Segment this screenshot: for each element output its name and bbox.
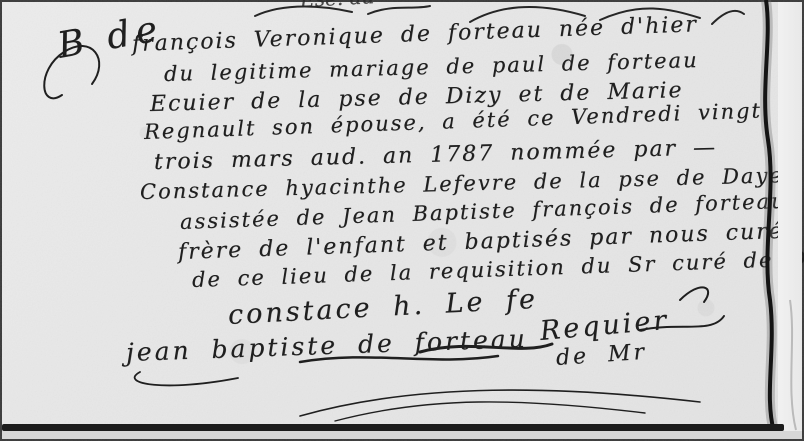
manuscript-scan: Ese. au B de françois Veronique de forte… xyxy=(0,0,804,441)
scan-bottom-margin xyxy=(2,431,802,439)
adjacent-page-sliver xyxy=(778,2,802,437)
scan-bottom-edge xyxy=(2,424,784,431)
